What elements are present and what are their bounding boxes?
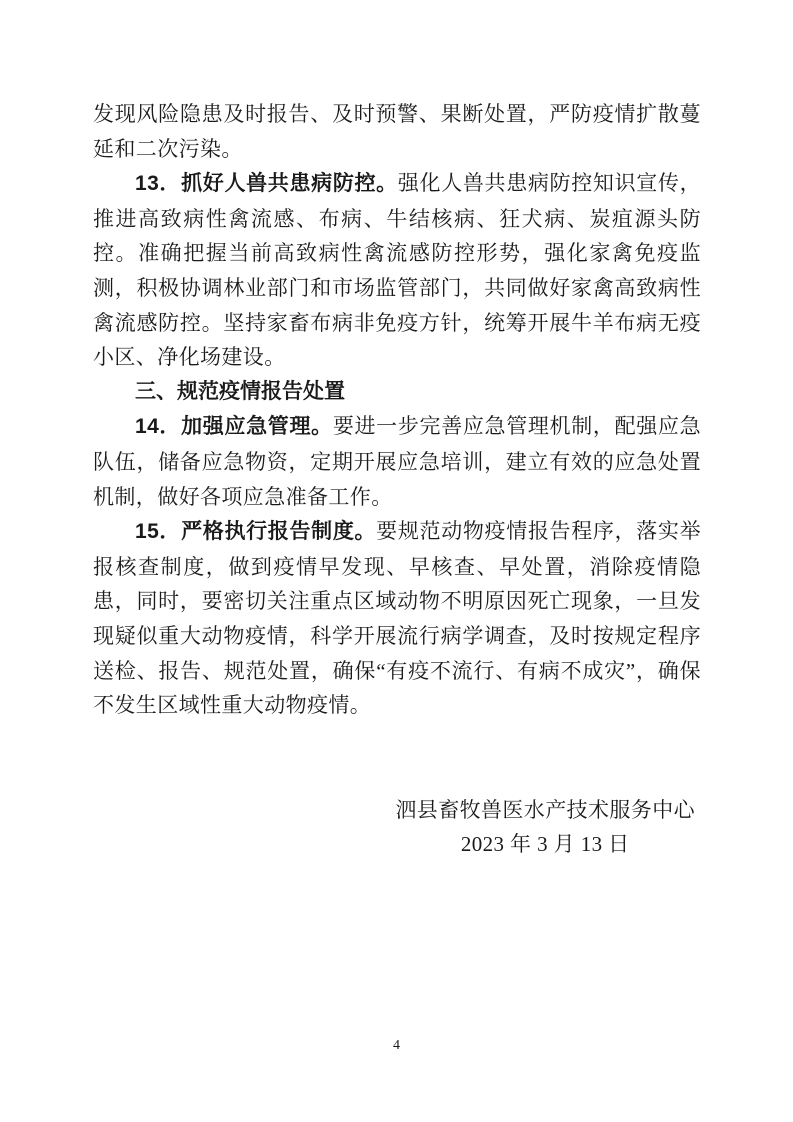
paragraph-item-15: 15．严格执行报告制度。要规范动物疫情报告程序，落实举报核查制度，做到疫情早发现…	[93, 514, 701, 723]
item-13-body: 强化人兽共患病防控知识宣传，推进高致病性禽流感、布病、牛结核病、狂犬病、炭疽源头…	[93, 171, 701, 369]
paragraph-item-13: 13．抓好人兽共患病防控。强化人兽共患病防控知识宣传，推进高致病性禽流感、布病、…	[93, 166, 701, 375]
item-13-lead: 13．抓好人兽共患病防控。	[135, 172, 398, 195]
issue-date: 2023 年 3 月 13 日	[395, 827, 695, 862]
paragraph-item-14: 14．加强应急管理。要进一步完善应急管理机制，配强应急队伍，储备应急物资，定期开…	[93, 409, 701, 514]
signature-inner: 泗县畜牧兽医水产技术服务中心 2023 年 3 月 13 日	[395, 793, 695, 862]
item-14-lead: 14．加强应急管理。	[135, 415, 333, 438]
section-heading-text: 三、规范疫情报告处置	[135, 380, 345, 403]
signature-block: 泗县畜牧兽医水产技术服务中心 2023 年 3 月 13 日	[93, 793, 701, 862]
page-number: 4	[0, 1037, 793, 1055]
document-page: 发现风险隐患及时报告、及时预警、果断处置，严防疫情扩散蔓延和二次污染。 13．抓…	[0, 0, 793, 1122]
item-15-body: 要规范动物疫情报告程序，落实举报核查制度，做到疫情早发现、早核查、早处置，消除疫…	[93, 519, 701, 717]
body-text: 发现风险隐患及时报告、及时预警、果断处置，严防疫情扩散蔓延和二次污染。	[93, 102, 701, 161]
document-body: 发现风险隐患及时报告、及时预警、果断处置，严防疫情扩散蔓延和二次污染。 13．抓…	[93, 97, 701, 862]
issuing-authority: 泗县畜牧兽医水产技术服务中心	[395, 793, 695, 828]
section-heading-3: 三、规范疫情报告处置	[93, 375, 701, 410]
item-15-lead: 15．严格执行报告制度。	[135, 520, 376, 543]
paragraph-continuation: 发现风险隐患及时报告、及时预警、果断处置，严防疫情扩散蔓延和二次污染。	[93, 97, 701, 166]
